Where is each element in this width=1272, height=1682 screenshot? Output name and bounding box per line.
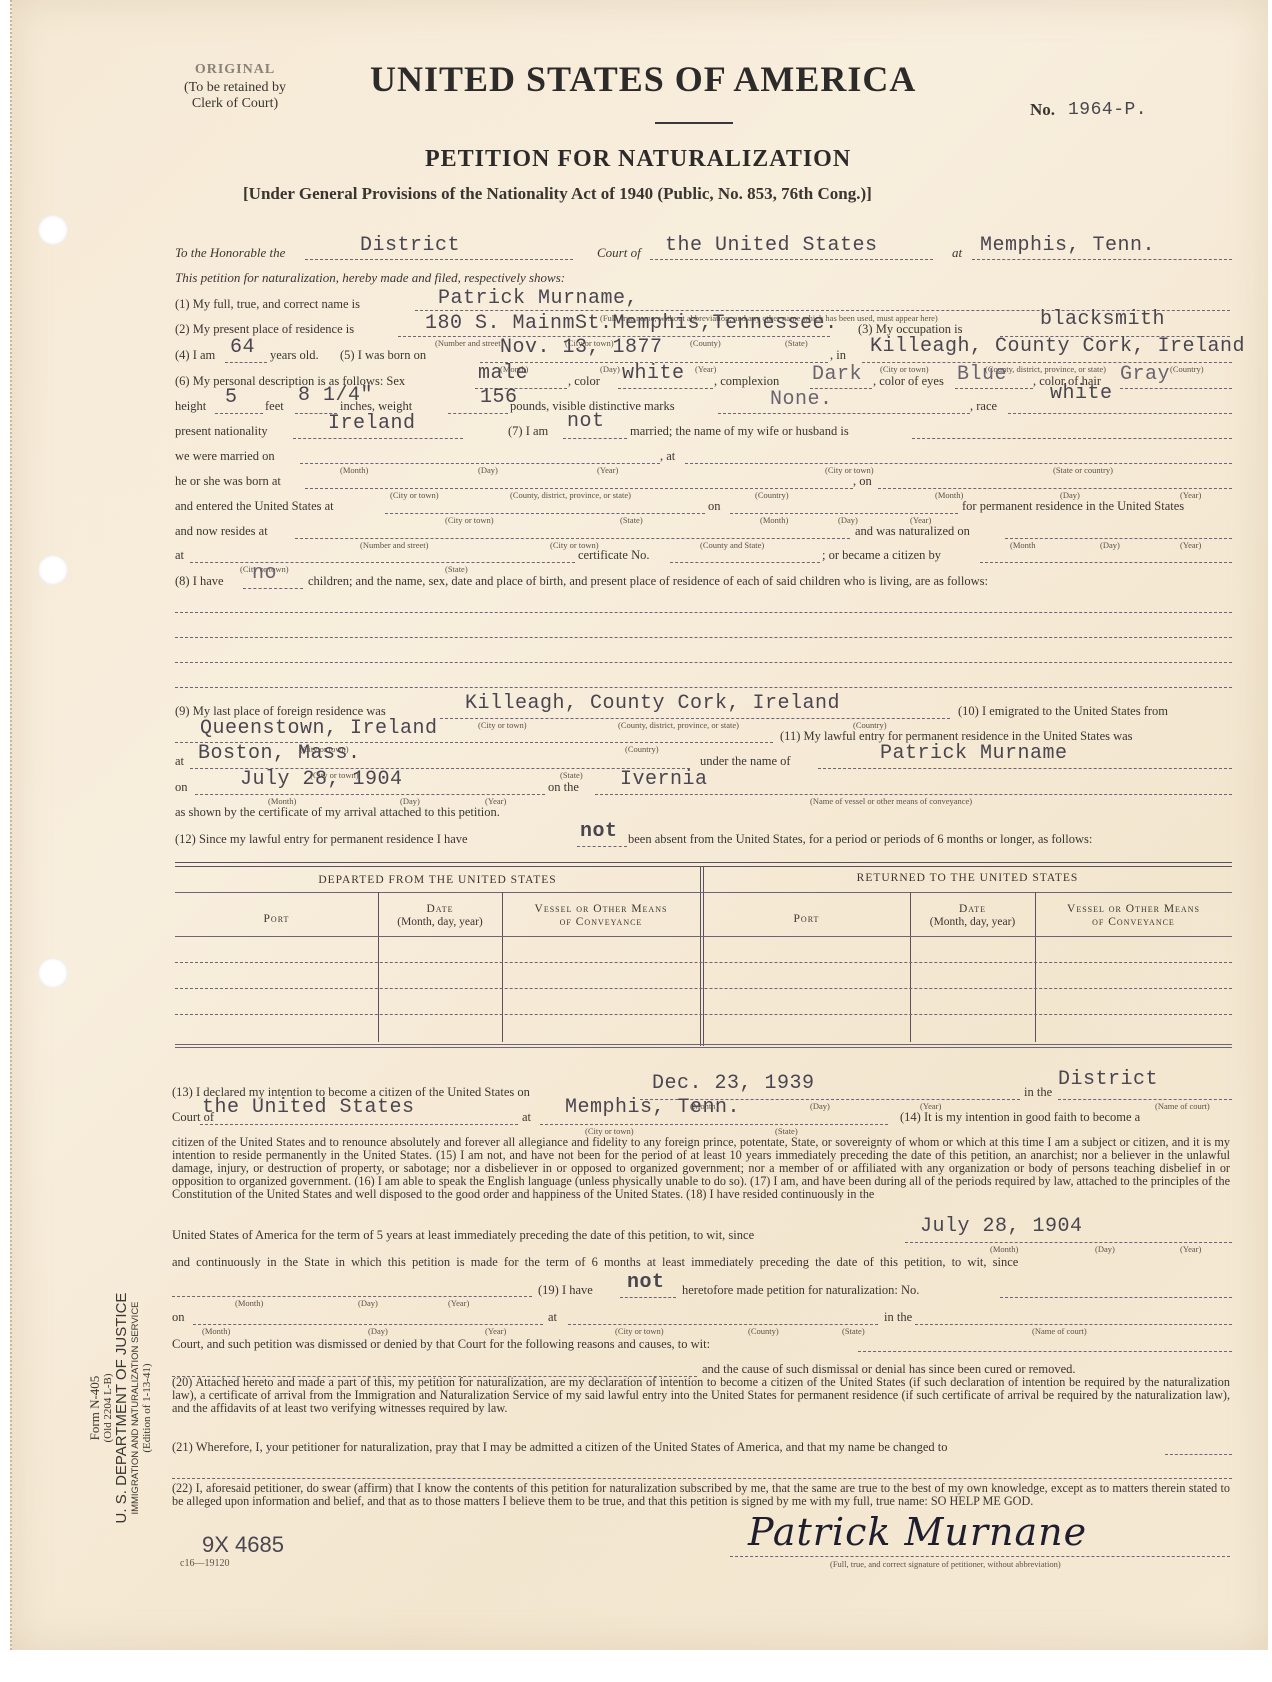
sex-value: male <box>478 362 528 385</box>
binder-hole <box>38 215 68 245</box>
state-since-line <box>172 1296 532 1297</box>
prior-date-line <box>193 1324 543 1325</box>
q12-rest-label: been absent from the United States, for … <box>628 832 1092 847</box>
entry-date-line <box>195 794 545 795</box>
edition: (Edition of 1-13-41) <box>141 1238 153 1578</box>
caption: (Year) <box>597 465 618 475</box>
vessel-value: Ivernia <box>620 768 708 791</box>
caption: (Number and street) <box>435 338 503 348</box>
q4-label: (4) I am <box>175 348 215 363</box>
prior-court-line <box>915 1324 1232 1325</box>
declaration-court-of-value: the United States <box>202 1096 415 1119</box>
caption: (Month) <box>990 1244 1018 1254</box>
signature-line <box>730 1556 1230 1557</box>
foreign-residence-value: Killeagh, County Cork, Ireland <box>465 692 840 715</box>
name-change-line-2 <box>172 1478 1232 1479</box>
declaration-location-line <box>540 1124 888 1125</box>
dismissed-reason-line <box>858 1351 1232 1352</box>
children-rest-label: children; and the name, sex, date and pl… <box>308 574 988 589</box>
eyes-line <box>955 388 1033 389</box>
prior-petition-line <box>620 1297 676 1298</box>
location-line <box>972 259 1232 260</box>
name-change-line <box>1165 1454 1232 1455</box>
caption: (Country) <box>755 490 789 500</box>
foreign-residence-line <box>440 718 950 719</box>
caption: (Country) <box>625 744 659 754</box>
state-residence-label: and continuously in the State in which t… <box>172 1255 1018 1270</box>
nationality-value: Ireland <box>328 412 416 435</box>
caption: (City or town) <box>478 720 527 730</box>
oath-paragraph: citizen of the United States and to reno… <box>172 1136 1230 1214</box>
to-the-honorable-label: To the Honorable the <box>175 245 285 261</box>
table-row <box>175 1014 1232 1015</box>
form-number: Form N-405 <box>88 1238 102 1578</box>
married-rest-label: married; the name of my wife or husband … <box>630 424 849 439</box>
caption: (Country) <box>1170 364 1204 374</box>
service-name: IMMIGRATION AND NATURALIZATION SERVICE <box>130 1238 141 1578</box>
prior-petition-number-line <box>1000 1297 1232 1298</box>
caption: (Year) <box>695 364 716 374</box>
spouse-born-line <box>305 488 853 489</box>
caption: (Year) <box>485 1326 506 1336</box>
caption: (Day) <box>600 364 620 374</box>
caption: (County) <box>690 338 721 348</box>
caption: (State) <box>620 515 643 525</box>
q12-label: (12) Since my lawful entry for permanent… <box>175 832 468 847</box>
at-label: at <box>548 1310 557 1325</box>
caption: (State) <box>842 1326 865 1336</box>
residence-since-line <box>905 1242 1232 1243</box>
caption: (Name of court) <box>1032 1326 1087 1336</box>
caption: (County, district, province, or state) <box>618 720 739 730</box>
entered-rest-label: for permanent residence in the United St… <box>962 499 1184 514</box>
print-code: c16—19120 <box>180 1558 229 1569</box>
declaration-court-of-line <box>200 1124 518 1125</box>
residence-since-value: July 28, 1904 <box>920 1215 1083 1238</box>
caption: (County) <box>748 1326 779 1336</box>
on-label: , on <box>853 474 872 489</box>
q10-label: (10) I emigrated to the United States fr… <box>958 704 1168 719</box>
arrival-certificate-label: as shown by the certificate of my arriva… <box>175 805 500 820</box>
race-line <box>1008 413 1232 414</box>
became-citizen-label: ; or became a citizen by <box>822 548 941 563</box>
signature-caption: (Full, true, and correct signature of pe… <box>830 1559 1061 1569</box>
caption: (Name of court) <box>1155 1101 1210 1111</box>
returned-header: RETURNED TO THE UNITED STATES <box>703 872 1232 884</box>
naturalized-date-line <box>1005 538 1232 539</box>
returned-date-subheader: (Month, day, year) <box>910 916 1035 928</box>
caption: (City or town) <box>880 364 929 374</box>
feet-label: feet <box>265 399 284 414</box>
in-the-label: in the <box>884 1310 912 1325</box>
caption: (Month) <box>202 1326 230 1336</box>
at-label: at <box>175 754 184 769</box>
caption: (State) <box>785 338 808 348</box>
on-label: on <box>172 1310 185 1325</box>
married-place-line <box>685 463 1232 464</box>
q19-rest-label: heretofore made petition for naturalizat… <box>682 1283 919 1298</box>
married-status-value: not <box>567 410 605 433</box>
nationality-label: present nationality <box>175 424 268 439</box>
q19-label: (19) I have <box>538 1283 593 1298</box>
entry-port-value: Boston, Mass. <box>198 742 361 765</box>
age-line <box>225 362 267 363</box>
caption: (City or town) <box>615 1326 664 1336</box>
at-label: at <box>952 245 962 261</box>
now-resides-line <box>295 538 850 539</box>
nationality-line <box>293 438 463 439</box>
form-info-vertical: Form N-405 (Old 2204 L-B) U. S. DEPARTME… <box>88 1238 153 1578</box>
returned-vessel-subheader: of Conveyance <box>1035 916 1232 928</box>
complexion-label: , complexion <box>714 374 779 389</box>
petition-number: 1964-P. <box>1068 100 1147 120</box>
declaration-location-value: Memphis, Tenn. <box>565 1096 740 1119</box>
became-citizen-line <box>980 562 1232 563</box>
children-blank-line <box>175 662 1232 663</box>
color-label: , color <box>568 374 600 389</box>
caption: (State) <box>445 564 468 574</box>
in-label: , in <box>830 348 846 363</box>
caption: (Month) <box>760 515 788 525</box>
caption: (Month) <box>935 490 963 500</box>
court-of-label: Court of <box>597 245 641 261</box>
caption: (Name of vessel or other means of convey… <box>810 796 972 806</box>
table-row <box>175 962 1232 963</box>
original-label: ORIGINAL <box>165 62 305 78</box>
age-value: 64 <box>230 336 255 359</box>
color-value: white <box>622 362 685 385</box>
retained-note-1: (To be retained by <box>155 80 315 96</box>
marks-value: None. <box>770 388 833 411</box>
q1-label: (1) My full, true, and correct name is <box>175 297 360 312</box>
residence-value: 180 S. MainmSt.Memphis,Tennessee. <box>425 312 838 335</box>
returned-port-header: Port <box>703 913 910 925</box>
departed-date-subheader: (Month, day, year) <box>378 916 502 928</box>
stamp-number: 9X 4685 <box>202 1532 284 1558</box>
caption: (City or town) <box>585 1126 634 1136</box>
q5-label: (5) I was born on <box>340 348 426 363</box>
caption: (Day) <box>368 1326 388 1336</box>
occupation-value: blacksmith <box>1040 308 1165 331</box>
residence-since-label: United States of America for the term of… <box>172 1228 754 1243</box>
full-name-value: Patrick Murname, <box>438 287 638 310</box>
children-line <box>243 588 303 589</box>
hair-value: Gray <box>1120 363 1170 386</box>
naturalized-place-line <box>190 562 575 563</box>
dismissed-label: Court, and such petition was dismissed o… <box>172 1337 710 1352</box>
table-row <box>175 988 1232 989</box>
departed-vessel-header: Vessel or Other Means <box>502 903 700 915</box>
absent-status-line <box>577 846 627 847</box>
petitioner-signature: Patrick Murnane <box>748 1510 1087 1554</box>
height-label: height <box>175 399 206 414</box>
married-status-line <box>563 438 627 439</box>
caption: (State or country) <box>1053 465 1113 475</box>
children-blank-line <box>175 612 1232 613</box>
entered-place-line <box>385 513 705 514</box>
court-of-line <box>650 259 933 260</box>
entry-name-value: Patrick Murname <box>880 742 1068 765</box>
at-label: , at <box>660 449 675 464</box>
title-rule <box>655 122 733 124</box>
on-the-label: on the <box>548 780 579 795</box>
spouse-name-line <box>912 438 1232 439</box>
birth-place-value: Killeagh, County Cork, Ireland <box>870 335 1245 358</box>
caption: (Day) <box>810 1101 830 1111</box>
color-line <box>618 388 713 389</box>
departed-port-header: Port <box>175 913 378 925</box>
attachments-paragraph: (20) Attached hereto and made a part of … <box>172 1376 1230 1418</box>
caption: (County and State) <box>700 540 764 550</box>
document-subtitle: PETITION FOR NATURALIZATION <box>425 146 851 173</box>
q14-label: (14) It is my intention in good faith to… <box>900 1110 1140 1125</box>
hair-line <box>1120 388 1232 389</box>
spouse-born-label: he or she was born at <box>175 474 281 489</box>
birth-date-value: Nov. 13, 1877 <box>500 336 663 359</box>
race-label: , race <box>970 399 997 414</box>
declaration-date-value: Dec. 23, 1939 <box>652 1072 815 1095</box>
entry-name-line <box>818 768 1232 769</box>
court-location-value: Memphis, Tenn. <box>980 234 1155 257</box>
departed-date-header: Date <box>378 903 502 915</box>
eyes-value: Blue <box>957 363 1007 386</box>
marks-line <box>718 413 970 414</box>
at-label: at <box>175 548 184 563</box>
number-label: No. <box>1030 100 1055 120</box>
prior-place-line <box>568 1324 878 1325</box>
caption: (Month <box>1010 540 1036 550</box>
certificate-line <box>670 562 820 563</box>
caption: (Day) <box>358 1298 378 1308</box>
caption: (Year) <box>1180 1244 1201 1254</box>
cured-label: and the cause of such dismissal or denia… <box>702 1362 1076 1377</box>
departed-vessel-subheader: of Conveyance <box>502 916 700 928</box>
height-feet-value: 5 <box>225 386 238 409</box>
department-name: U. S. DEPARTMENT OF JUSTICE <box>114 1238 130 1578</box>
height-feet-line <box>215 413 263 414</box>
weight-line <box>448 413 508 414</box>
naturalized-label: and was naturalized on <box>855 524 970 539</box>
caption: (Year) <box>1180 540 1201 550</box>
entered-date-line <box>730 513 958 514</box>
q8-label: (8) I have <box>175 574 224 589</box>
prior-petition-value: not <box>627 1271 665 1294</box>
departed-header: DEPARTED FROM THE UNITED STATES <box>175 874 700 886</box>
returned-vessel-header: Vessel or Other Means <box>1035 903 1232 915</box>
caption: (Day) <box>1100 540 1120 550</box>
birth-place-line <box>862 362 1232 363</box>
q2-label: (2) My present place of residence is <box>175 322 354 337</box>
eyes-label: , color of eyes <box>873 374 944 389</box>
court-of-value: the United States <box>665 234 878 257</box>
binder-hole <box>38 958 68 988</box>
under-name-label: under the name of <box>700 754 791 769</box>
declaration-court-value: District <box>1058 1068 1158 1091</box>
caption: (Year) <box>448 1298 469 1308</box>
certificate-label: certificate No. <box>578 548 649 563</box>
married-on-label: we were married on <box>175 449 275 464</box>
name-change-label: (21) Wherefore, I, your petitioner for n… <box>172 1440 948 1455</box>
on-label: on <box>175 780 188 795</box>
emigrated-from-value: Queenstown, Ireland <box>200 717 438 740</box>
married-date-line <box>300 463 660 464</box>
at-label: at <box>522 1110 531 1125</box>
caption: (State) <box>775 1126 798 1136</box>
caption: (Day) <box>478 465 498 475</box>
children-value: no <box>252 562 277 585</box>
entry-date-value: July 28, 1904 <box>240 768 403 791</box>
binder-hole <box>38 555 68 585</box>
statute-reference: [Under General Provisions of the Nationa… <box>243 184 872 204</box>
caption: (County, district, province, or state) <box>510 490 631 500</box>
declaration-court-line <box>1058 1099 1232 1100</box>
years-old-label: years old. <box>270 348 319 363</box>
on-label: on <box>708 499 721 514</box>
caption: (Day) <box>1095 1244 1115 1254</box>
spouse-born-date-line <box>878 488 1232 489</box>
now-resides-label: and now resides at <box>175 524 268 539</box>
petition-intro: This petition for naturalization, hereby… <box>175 270 565 286</box>
complexion-value: Dark <box>812 363 862 386</box>
caption: (Number and street) <box>360 540 428 550</box>
vessel-line <box>595 794 1232 795</box>
absent-status-value: not <box>580 820 618 843</box>
court-type-value: District <box>360 234 460 257</box>
children-blank-line <box>175 687 1232 688</box>
q7-label: (7) I am <box>508 424 548 439</box>
caption: (City or town) <box>390 490 439 500</box>
retained-note-2: Clerk of Court) <box>155 96 315 112</box>
entered-label: and entered the United States at <box>175 499 334 514</box>
document-title: UNITED STATES OF AMERICA <box>370 58 916 100</box>
caption: (State) <box>560 770 583 780</box>
caption: (Month) <box>235 1298 263 1308</box>
children-blank-line <box>175 637 1232 638</box>
race-value: white <box>1050 382 1113 405</box>
court-type-line <box>305 259 573 260</box>
in-the-label: in the <box>1024 1085 1052 1100</box>
caption: (City or town) <box>445 515 494 525</box>
returned-date-header: Date <box>910 903 1035 915</box>
caption: (Month) <box>340 465 368 475</box>
